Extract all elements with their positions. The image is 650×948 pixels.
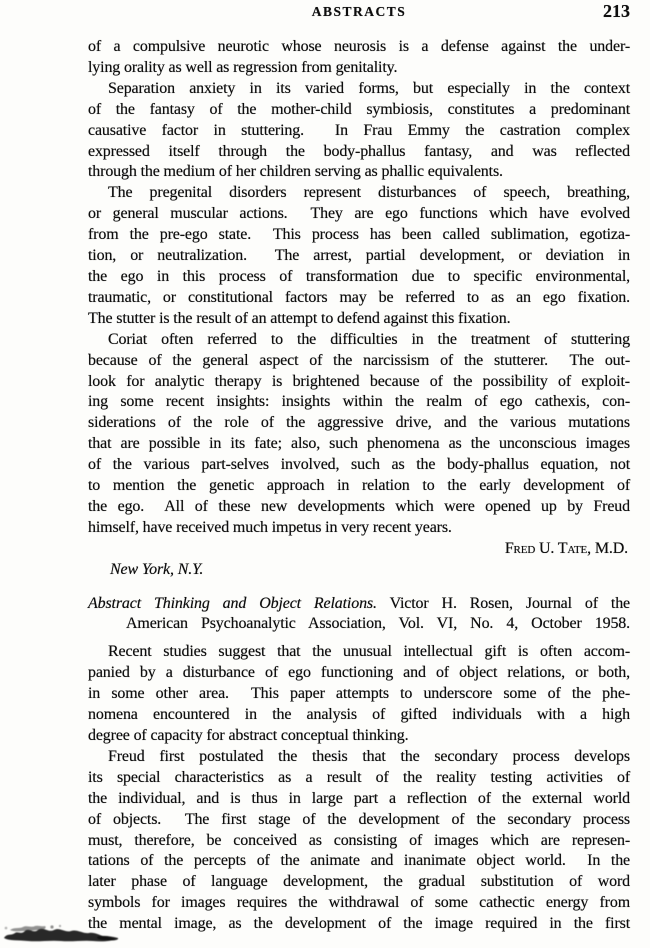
- paragraph: Recent studies suggest that the unusual …: [88, 642, 630, 747]
- text-line: himself, have received much impetus in v…: [88, 518, 630, 539]
- paragraph: The pregenital disorders represent distu…: [88, 183, 630, 329]
- page-number: 213: [603, 1, 630, 22]
- text-line: of objects. The first stage of the devel…: [88, 810, 630, 831]
- text-line: traumatic, or constitutional factors may…: [88, 288, 630, 309]
- text-line: the ego. All of these new developments w…: [88, 497, 630, 518]
- author-signature: Fred U. Tate, M.D.: [88, 539, 630, 560]
- text-line: Freud first postulated the thesis that t…: [88, 747, 630, 768]
- text-line: tations of the percepts of the animate a…: [88, 851, 630, 872]
- text-line: The stutter is the result of an attempt …: [88, 309, 630, 330]
- text-line: the mental image, as the development of …: [88, 914, 630, 935]
- paragraph: of a compulsive neurotic whose neurosis …: [88, 37, 630, 79]
- text-line: Coriat often referred to the difficultie…: [88, 330, 630, 351]
- paragraph: Separation anxiety in its varied forms, …: [88, 79, 630, 184]
- abstract-heading-line: Abstract Thinking and Object Relations. …: [88, 594, 630, 615]
- text-line: that are possible in its fate; also, suc…: [88, 434, 630, 455]
- abstract-heading: Abstract Thinking and Object Relations. …: [88, 594, 630, 636]
- paragraph: Coriat often referred to the difficultie…: [88, 330, 630, 539]
- text-line: must, therefore, be conceived as consist…: [88, 831, 630, 852]
- text-line: because of the general aspect of the nar…: [88, 351, 630, 372]
- text-line: look for analytic therapy is brightened …: [88, 372, 630, 393]
- text-line: of the fantasy of the mother-child symbi…: [88, 100, 630, 121]
- text-line: expressed itself through the body-phallu…: [88, 142, 630, 163]
- text-line: the individual, and is thus in large par…: [88, 789, 630, 810]
- text-line: siderations of the role of the aggressiv…: [88, 413, 630, 434]
- text-line: to mention the genetic approach in relat…: [88, 476, 630, 497]
- abstract-heading-line: American Psychoanalytic Association, Vol…: [88, 614, 630, 635]
- journal-page: ABSTRACTS 213 of a compulsive neurotic w…: [0, 0, 650, 948]
- paragraph: Freud first postulated the thesis that t…: [88, 747, 630, 935]
- abstract-citation: Victor H. Rosen, Journal of the: [390, 595, 630, 612]
- text-line: panied by a disturbance of ego functioni…: [88, 663, 630, 684]
- text-line: from the pre-ego state. This process has…: [88, 225, 630, 246]
- scan-smudge-artifact: [2, 922, 122, 948]
- text-line: of a compulsive neurotic whose neurosis …: [88, 37, 630, 58]
- text-line: through the medium of her children servi…: [88, 162, 630, 183]
- text-line: in some other area. This paper attempts …: [88, 684, 630, 705]
- text-line: degree of capacity for abstract conceptu…: [88, 726, 630, 747]
- text-line: nomena encountered in the analysis of gi…: [88, 705, 630, 726]
- text-line: The pregenital disorders represent distu…: [88, 183, 630, 204]
- abstract-title: Abstract Thinking and Object Relations.: [88, 595, 377, 612]
- text-line: ing some recent insights: insights withi…: [88, 392, 630, 413]
- running-title: ABSTRACTS: [88, 4, 630, 20]
- text-line: lying orality as well as regression from…: [88, 58, 630, 79]
- text-line: tion, or neutralization. The arrest, par…: [88, 246, 630, 267]
- text-line: its special characteristics as a result …: [88, 768, 630, 789]
- text-line: later phase of language development, the…: [88, 872, 630, 893]
- text-line: of the various part-selves involved, suc…: [88, 455, 630, 476]
- page-body: of a compulsive neurotic whose neurosis …: [88, 37, 630, 935]
- text-line: or general muscular actions. They are eg…: [88, 204, 630, 225]
- text-line: the ego in this process of transformatio…: [88, 267, 630, 288]
- text-line: Recent studies suggest that the unusual …: [88, 642, 630, 663]
- text-line: Separation anxiety in its varied forms, …: [88, 79, 630, 100]
- text-line: symbols for images requires the withdraw…: [88, 893, 630, 914]
- author-location: New York, N.Y.: [88, 560, 630, 581]
- text-line: causative factor in stuttering. In Frau …: [88, 121, 630, 142]
- page-header: ABSTRACTS 213: [88, 4, 630, 26]
